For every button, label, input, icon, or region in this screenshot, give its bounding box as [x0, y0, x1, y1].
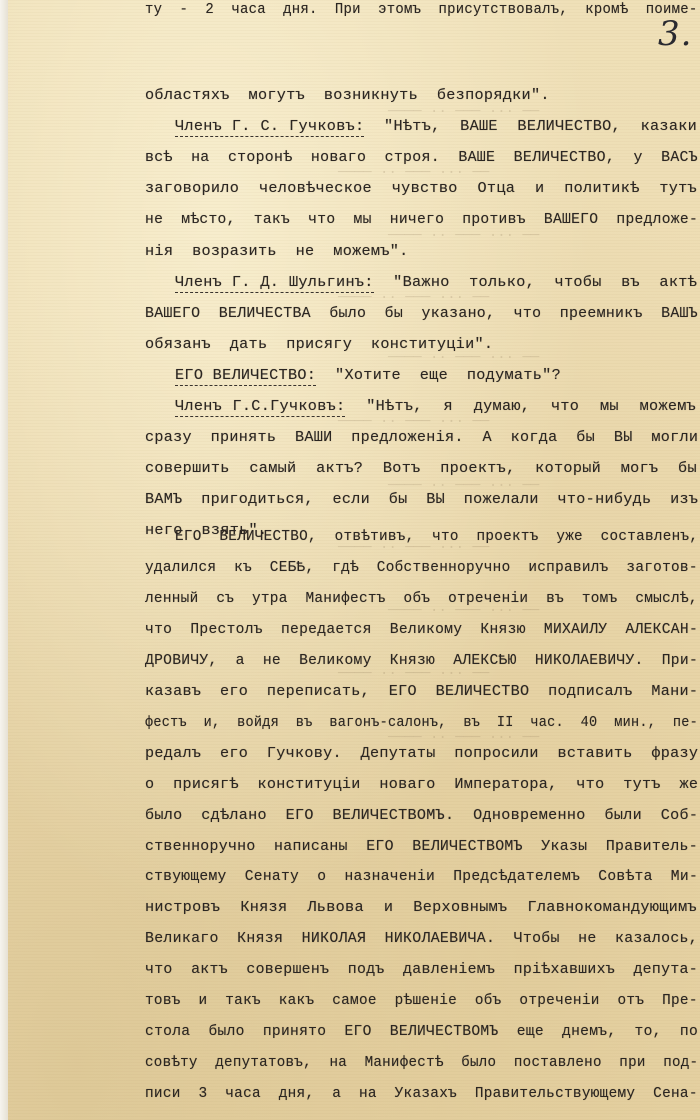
text-line: ственноручно написаны ЕГО ВЕЛИЧЕСТВОМЪ У…: [145, 837, 698, 855]
line-text: ту - 2 часа дня. При этомъ присутствовал…: [145, 0, 697, 18]
text-line: фестъ и, войдя въ вагонъ-салонъ, въ II ч…: [145, 713, 698, 731]
text-line: совершить самый актъ? Вотъ проектъ, кото…: [145, 459, 697, 477]
line-text: областяхъ могутъ возникнуть безпорядки".: [145, 86, 550, 104]
line-text: обязанъ дать присягу конституціи".: [145, 335, 493, 353]
line-text: ленный съ утра Манифестъ объ отреченіи в…: [145, 589, 698, 607]
text-line: удалился къ СЕБѢ, гдѣ Собственноручно ис…: [145, 558, 698, 576]
text-line: писи 3 часа дня, а на Указахъ Правительс…: [145, 1084, 698, 1102]
text-line: Великаго Князя НИКОЛАЯ НИКОЛАЕВИЧА. Чтоб…: [145, 929, 698, 947]
line-text: сразу принять ВАШИ предложенія. А когда …: [145, 428, 698, 446]
text-line: стола было принято ЕГО ВЕЛИЧЕСТВОМЪ еще …: [145, 1022, 698, 1040]
speaker-label: Членъ Г. Д. Шульгинъ:: [175, 273, 374, 293]
line-text: фестъ и, войдя въ вагонъ-салонъ, въ II ч…: [145, 713, 698, 731]
text-line: ЕГО ВЕЛИЧЕСТВО: "Хотите еще подумать"?: [175, 366, 561, 384]
document-page: 3. ── ··· ─── ·· ────── ··· ─── ·· ─────…: [8, 0, 700, 1120]
text-line: Членъ Г. Д. Шульгинъ: "Важно только, что…: [175, 273, 697, 291]
text-line: ДРОВИЧУ, а не Великому Князю АЛЕКСѢЮ НИК…: [145, 651, 698, 669]
line-text: ствующему Сенату о назначеніи Предсѣдате…: [145, 867, 698, 885]
text-line: ВАШЕГО ВЕЛИЧЕСТВА было бы указано, что п…: [145, 304, 698, 322]
text-line: что актъ совершенъ подъ давленіемъ пріѣх…: [145, 960, 698, 978]
line-text: писи 3 часа дня, а на Указахъ Правительс…: [145, 1084, 698, 1102]
line-text: "Нѣтъ, ВАШЕ ВЕЛИЧЕСТВО, казаки: [364, 117, 697, 135]
line-text: "Нѣтъ, я думаю, что мы можемъ: [345, 397, 696, 415]
text-line: нистровъ Князя Львова и Верховнымъ Главн…: [145, 898, 697, 916]
text-line: что Престолъ передается Великому Князю М…: [145, 620, 698, 638]
text-line: о присягѣ конституціи новаго Императора,…: [145, 775, 698, 793]
text-line: не мѣсто, такъ что мы ничего противъ ВАШ…: [145, 210, 698, 228]
line-text: товъ и такъ какъ самое рѣшеніе объ отреч…: [145, 991, 698, 1009]
text-line: заговорило человѣческое чувство Отца и п…: [145, 179, 697, 197]
line-text: редалъ его Гучкову. Депутаты попросили в…: [145, 744, 698, 762]
text-line: товъ и такъ какъ самое рѣшеніе объ отреч…: [145, 991, 698, 1009]
page-number: 3.: [658, 14, 692, 54]
text-line: обязанъ дать присягу конституціи".: [145, 335, 493, 353]
text-line: ВАМЪ пригодиться, если бы ВЫ пожелали чт…: [145, 490, 698, 508]
text-line: ЕГО ВЕЛИЧЕСТВО, отвѣтивъ, что проектъ уж…: [175, 527, 698, 545]
line-text: Великаго Князя НИКОЛАЯ НИКОЛАЕВИЧА. Чтоб…: [145, 929, 698, 947]
text-line: Членъ Г.С.Гучковъ: "Нѣтъ, я думаю, что м…: [175, 397, 696, 415]
line-text: ВАМЪ пригодиться, если бы ВЫ пожелали чт…: [145, 490, 698, 508]
text-line: было сдѣлано ЕГО ВЕЛИЧЕСТВОМЪ. Одновреме…: [145, 806, 698, 824]
text-line: совѣту депутатовъ, на Манифестѣ было пос…: [145, 1053, 698, 1071]
speaker-label: Членъ Г.С.Гучковъ:: [175, 397, 345, 417]
line-text: казавъ его переписать, ЕГО ВЕЛИЧЕСТВО по…: [145, 682, 698, 700]
line-text: стола было принято ЕГО ВЕЛИЧЕСТВОМЪ еще …: [145, 1022, 698, 1040]
line-text: всѣ на сторонѣ новаго строя. ВАШЕ ВЕЛИЧЕ…: [145, 148, 698, 166]
line-text: что Престолъ передается Великому Князю М…: [145, 620, 698, 638]
line-text: "Хотите еще подумать"?: [316, 366, 561, 384]
text-line: нія возразить не можемъ".: [145, 242, 409, 260]
line-text: удалился къ СЕБѢ, гдѣ Собственноручно ис…: [145, 558, 698, 576]
text-line: ту - 2 часа дня. При этомъ присутствовал…: [145, 0, 697, 18]
line-text: не мѣсто, такъ что мы ничего противъ ВАШ…: [145, 210, 698, 228]
line-text: ДРОВИЧУ, а не Великому Князю АЛЕКСѢЮ НИК…: [145, 651, 698, 669]
text-line: казавъ его переписать, ЕГО ВЕЛИЧЕСТВО по…: [145, 682, 698, 700]
line-text: нистровъ Князя Львова и Верховнымъ Главн…: [145, 898, 697, 916]
line-text: ЕГО ВЕЛИЧЕСТВО, отвѣтивъ, что проектъ уж…: [175, 527, 698, 545]
text-line: областяхъ могутъ возникнуть безпорядки".: [145, 86, 550, 104]
text-line: ствующему Сенату о назначеніи Предсѣдате…: [145, 867, 698, 885]
line-text: ВАШЕГО ВЕЛИЧЕСТВА было бы указано, что п…: [145, 304, 698, 322]
text-line: сразу принять ВАШИ предложенія. А когда …: [145, 428, 698, 446]
text-line: всѣ на сторонѣ новаго строя. ВАШЕ ВЕЛИЧЕ…: [145, 148, 698, 166]
speaker-label: Членъ Г. С. Гучковъ:: [175, 117, 364, 137]
line-text: совершить самый актъ? Вотъ проектъ, кото…: [145, 459, 697, 477]
line-text: совѣту депутатовъ, на Манифестѣ было пос…: [145, 1053, 698, 1071]
text-line: Членъ Г. С. Гучковъ: "Нѣтъ, ВАШЕ ВЕЛИЧЕС…: [175, 117, 697, 135]
text-line: редалъ его Гучкову. Депутаты попросили в…: [145, 744, 698, 762]
line-text: заговорило человѣческое чувство Отца и п…: [145, 179, 697, 197]
bleed-through-text: ── ··· ─── ·· ────: [388, 228, 539, 244]
speaker-label: ЕГО ВЕЛИЧЕСТВО:: [175, 366, 316, 386]
line-text: о присягѣ конституціи новаго Императора,…: [145, 775, 698, 793]
line-text: "Важно только, чтобы въ актѣ: [374, 273, 697, 291]
line-text: что актъ совершенъ подъ давленіемъ пріѣх…: [145, 960, 698, 978]
line-text: ственноручно написаны ЕГО ВЕЛИЧЕСТВОМЪ У…: [145, 837, 698, 855]
text-line: ленный съ утра Манифестъ объ отреченіи в…: [145, 589, 698, 607]
scan-left-edge: [0, 0, 8, 1120]
line-text: было сдѣлано ЕГО ВЕЛИЧЕСТВОМЪ. Одновреме…: [145, 806, 698, 824]
line-text: нія возразить не можемъ".: [145, 242, 409, 260]
